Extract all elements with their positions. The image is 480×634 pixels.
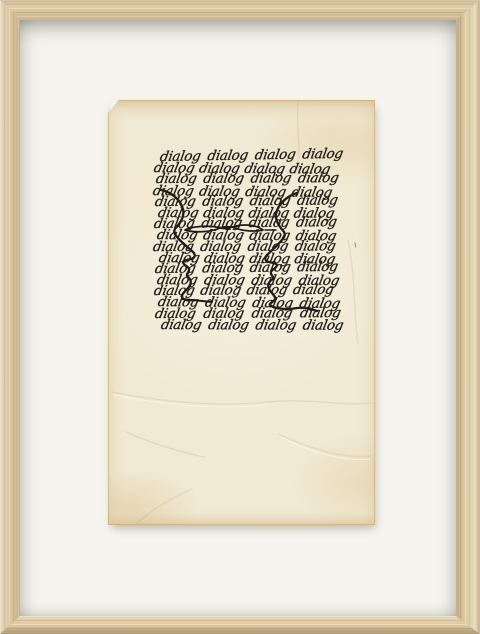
right-eye bbox=[233, 225, 263, 231]
ink-speck bbox=[355, 243, 356, 247]
frame-side-right bbox=[456, 0, 480, 634]
framed-artwork-photo: dialog dialog dialog dialog dialog dialo… bbox=[0, 0, 480, 634]
frame-side-bottom bbox=[0, 616, 480, 634]
paper-crease bbox=[348, 240, 358, 344]
left-eye bbox=[185, 226, 220, 231]
artwork-paper: dialog dialog dialog dialog dialog dialo… bbox=[108, 100, 375, 525]
mat-board: dialog dialog dialog dialog dialog dialo… bbox=[20, 20, 456, 616]
ink-drawing-overlay bbox=[108, 100, 375, 525]
paper-crease bbox=[278, 434, 371, 457]
left-eye-line bbox=[220, 228, 230, 229]
paper-crease bbox=[112, 392, 371, 404]
paper-crease bbox=[126, 432, 204, 457]
frame-side-top bbox=[0, 0, 480, 20]
paper-crease bbox=[298, 101, 299, 174]
left-face-profile-line bbox=[161, 190, 195, 300]
right-face-profile-line bbox=[265, 193, 317, 311]
frame-side-left bbox=[0, 0, 20, 634]
paper-crease bbox=[136, 489, 192, 524]
